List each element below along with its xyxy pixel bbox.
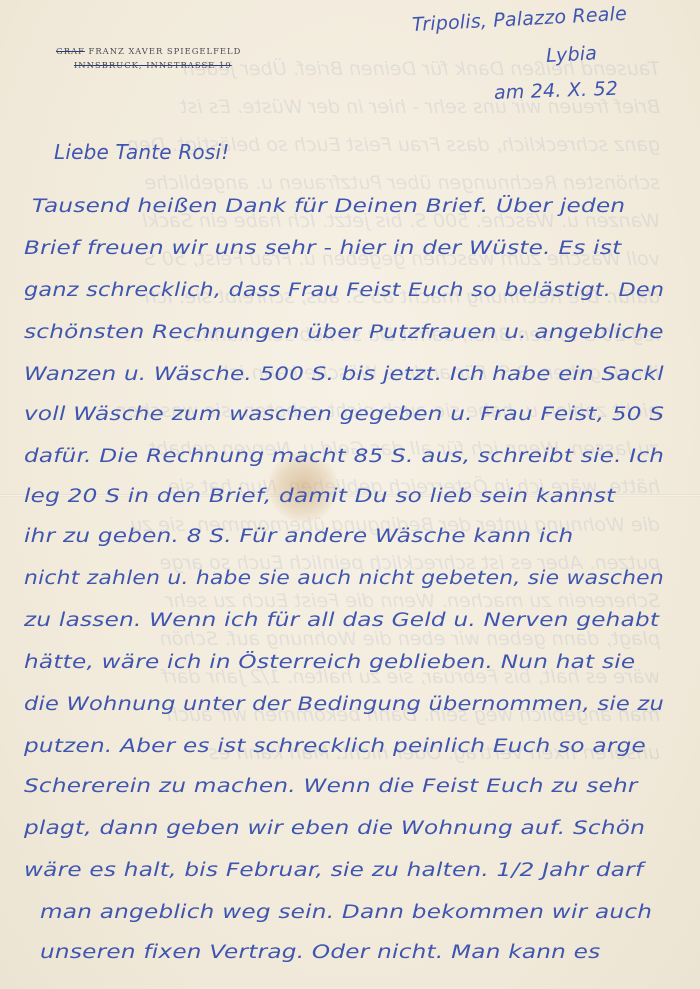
- letter-line: unseren fixen Vertrag. Oder nicht. Man k…: [40, 942, 600, 963]
- letterhead-name: FRANZ XAVER SPIEGELFELD: [89, 46, 242, 56]
- letter-line: die Wohnung unter der Bedingung übernomm…: [24, 694, 664, 715]
- letterhead-name-row: GRAF FRANZ XAVER SPIEGELFELD: [56, 44, 241, 58]
- letter-line: schönsten Rechnungen über Putzfrauen u. …: [24, 322, 664, 343]
- letter-line: voll Wäsche zum waschen gegeben u. Frau …: [24, 404, 664, 425]
- letter-salutation: Liebe Tante Rosi!: [54, 140, 229, 164]
- letter-line: man angeblich weg sein. Dann bekommen wi…: [40, 902, 652, 923]
- letter-date: am 24. X. 52: [494, 78, 619, 104]
- letter-line: nicht zahlen u. habe sie auch nicht gebe…: [24, 568, 664, 589]
- letterhead-title-struck: GRAF: [56, 46, 85, 56]
- letter-line: plagt, dann geben wir eben die Wohnung a…: [24, 818, 645, 839]
- letter-line: putzen. Aber es ist schrecklich peinlich…: [24, 736, 646, 757]
- letter-page: Tausend heißen Dank für Deinen Brief. Üb…: [0, 0, 700, 989]
- letterhead-address-row: INNSBRUCK, INNSTRASSE 19: [56, 58, 241, 72]
- letter-line: Wanzen u. Wäsche. 500 S. bis jetzt. Ich …: [24, 364, 664, 385]
- letter-place: Tripolis, Palazzo Reale: [411, 3, 627, 36]
- letter-line: Brief freuen wir uns sehr - hier in der …: [24, 238, 621, 259]
- letter-line: Schererein zu machen. Wenn die Feist Euc…: [24, 776, 638, 797]
- letter-line: dafür. Die Rechnung macht 85 S. aus, sch…: [24, 446, 664, 467]
- letterhead-address-struck: INNSBRUCK, INNSTRASSE 19: [74, 60, 232, 70]
- letter-line: ganz schrecklich, dass Frau Feist Euch s…: [24, 280, 664, 301]
- letter-region: Lybia: [545, 42, 597, 67]
- letter-line: Tausend heißen Dank für Deinen Brief. Üb…: [32, 196, 625, 217]
- letter-line: zu lassen. Wenn ich für all das Geld u. …: [24, 610, 659, 631]
- letter-line: hätte, wäre ich in Österreich geblieben.…: [24, 652, 635, 673]
- letter-line: wäre es halt, bis Februar, sie zu halten…: [24, 860, 643, 881]
- letterhead: GRAF FRANZ XAVER SPIEGELFELD INNSBRUCK, …: [56, 44, 241, 72]
- letter-line: ihr zu geben. 8 S. Für andere Wäsche kan…: [24, 526, 573, 547]
- letter-line: leg 20 S in den Brief, damit Du so lieb …: [24, 486, 615, 507]
